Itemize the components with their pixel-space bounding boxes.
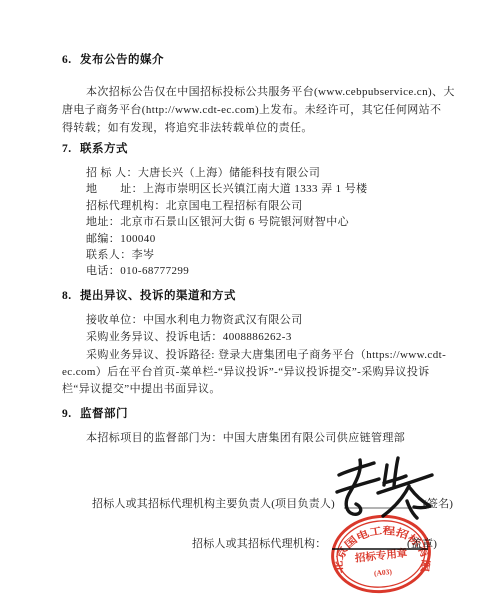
objection-path-line: 采购业务异议、投诉路径: 登录大唐集团电子商务平台（https://www.cd… [86, 346, 446, 362]
contact-agency-address-line: 地址：北京市石景山区银河大街 6 号院银河财智中心 [86, 213, 349, 229]
objection-receiver-line: 接收单位：中国水利电力物资武汉有限公司 [86, 311, 303, 327]
objection-path-line: ec.com）后在平台首页-菜单栏-“异议投诉”-“异议投诉提交”-采购异议投诉 [62, 363, 430, 379]
agency-seal-label: 招标人或其招标代理机构： [192, 535, 326, 551]
section-6-paragraph-line: 得转载；如有发现，将追究非法转载单位的责任。 [62, 119, 313, 135]
document-page: 6.发布公告的媒介 本次招标公告仅在中国招标投标公共服务平台(www.cebpu… [0, 0, 502, 615]
section-7-heading: 7.联系方式 [62, 140, 128, 156]
objection-phone-line: 采购业务异议、投诉电话：4008886262-3 [86, 328, 292, 344]
responsible-person-label: 招标人或其招标代理机构主要负责人(项目负责人) [92, 495, 335, 511]
contact-tenderer-line: 招 标 人：大唐长兴（上海）储能科技有限公司 [86, 164, 320, 180]
section-6-heading: 6.发布公告的媒介 [62, 51, 164, 67]
objection-path-line: 栏“异议提交”中提出书面异议。 [62, 380, 221, 396]
company-stamp: 北京国电工程招标有限公司 招标专用章 (A03) [325, 507, 437, 601]
supervision-dept-line: 本招标项目的监督部门为：中国大唐集团有限公司供应链管理部 [86, 429, 405, 445]
section-7-title: 联系方式 [80, 143, 128, 155]
stamp-code-text: (A03) [374, 567, 393, 578]
section-8-number: 8. [62, 290, 80, 302]
contact-zipcode-line: 邮编：100040 [86, 230, 156, 246]
contact-person-line: 联系人：李岑 [86, 246, 154, 262]
section-9-number: 9. [62, 408, 80, 420]
contact-phone-line: 电话：010-68777299 [86, 262, 189, 278]
section-9-heading: 9.监督部门 [62, 405, 128, 421]
contact-address-line: 地 址：上海市崇明区长兴镇江南大道 1333 弄 1 号楼 [86, 180, 368, 196]
section-8-heading: 8.提出异议、投诉的渠道和方式 [62, 287, 236, 303]
contact-agency-line: 招标代理机构：北京国电工程招标有限公司 [86, 197, 303, 213]
stamp-center-text: 招标专用章 [353, 546, 408, 565]
section-9-title: 监督部门 [80, 408, 128, 420]
section-6-paragraph-line: 本次招标公告仅在中国招标投标公共服务平台(www.cebpubservice.c… [86, 83, 455, 99]
section-6-number: 6. [62, 54, 80, 66]
section-6-title: 发布公告的媒介 [80, 54, 164, 66]
section-7-number: 7. [62, 143, 80, 155]
section-6-paragraph-line: 唐电子商务平台(http://www.cdt-ec.com)上发布。未经许可，其… [62, 101, 441, 117]
section-8-title: 提出异议、投诉的渠道和方式 [80, 290, 236, 302]
